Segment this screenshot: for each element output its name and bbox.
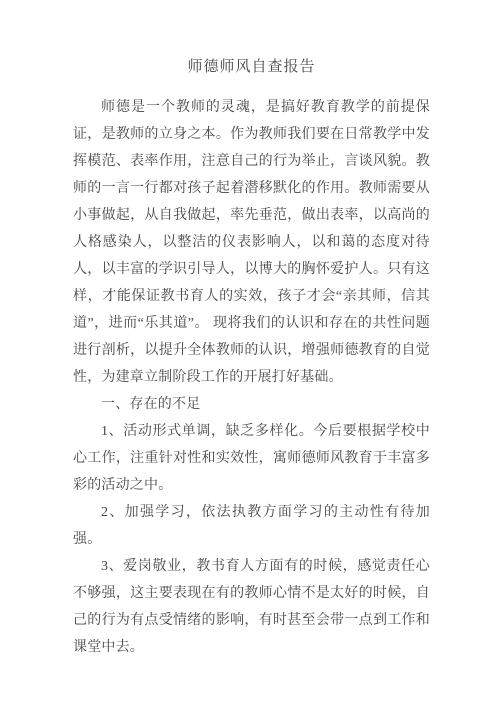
document-page: 师德师风自查报告 师德是一个教师的灵魂，是搞好教育教学的前提保证，是教师的立身之… xyxy=(0,0,500,707)
shortcoming-item-1: 1、活动形式单调，缺乏多样化。今后要根据学校中心工作，注重针对性和实效性，寓师德… xyxy=(73,418,430,499)
shortcoming-item-2: 2、加强学习，依法执教方面学习的主动性有待加强。 xyxy=(73,499,430,553)
shortcoming-item-3: 3、爱岗敬业，教书育人方面有的时候，感觉责任心不够强，这主要表现在有的教师心情不… xyxy=(73,553,430,661)
section-heading-shortcomings: 一、存在的不足 xyxy=(73,391,430,418)
intro-paragraph: 师德是一个教师的灵魂，是搞好教育教学的前提保证，是教师的立身之本。作为教师我们要… xyxy=(73,94,430,391)
document-title: 师德师风自查报告 xyxy=(73,54,430,81)
